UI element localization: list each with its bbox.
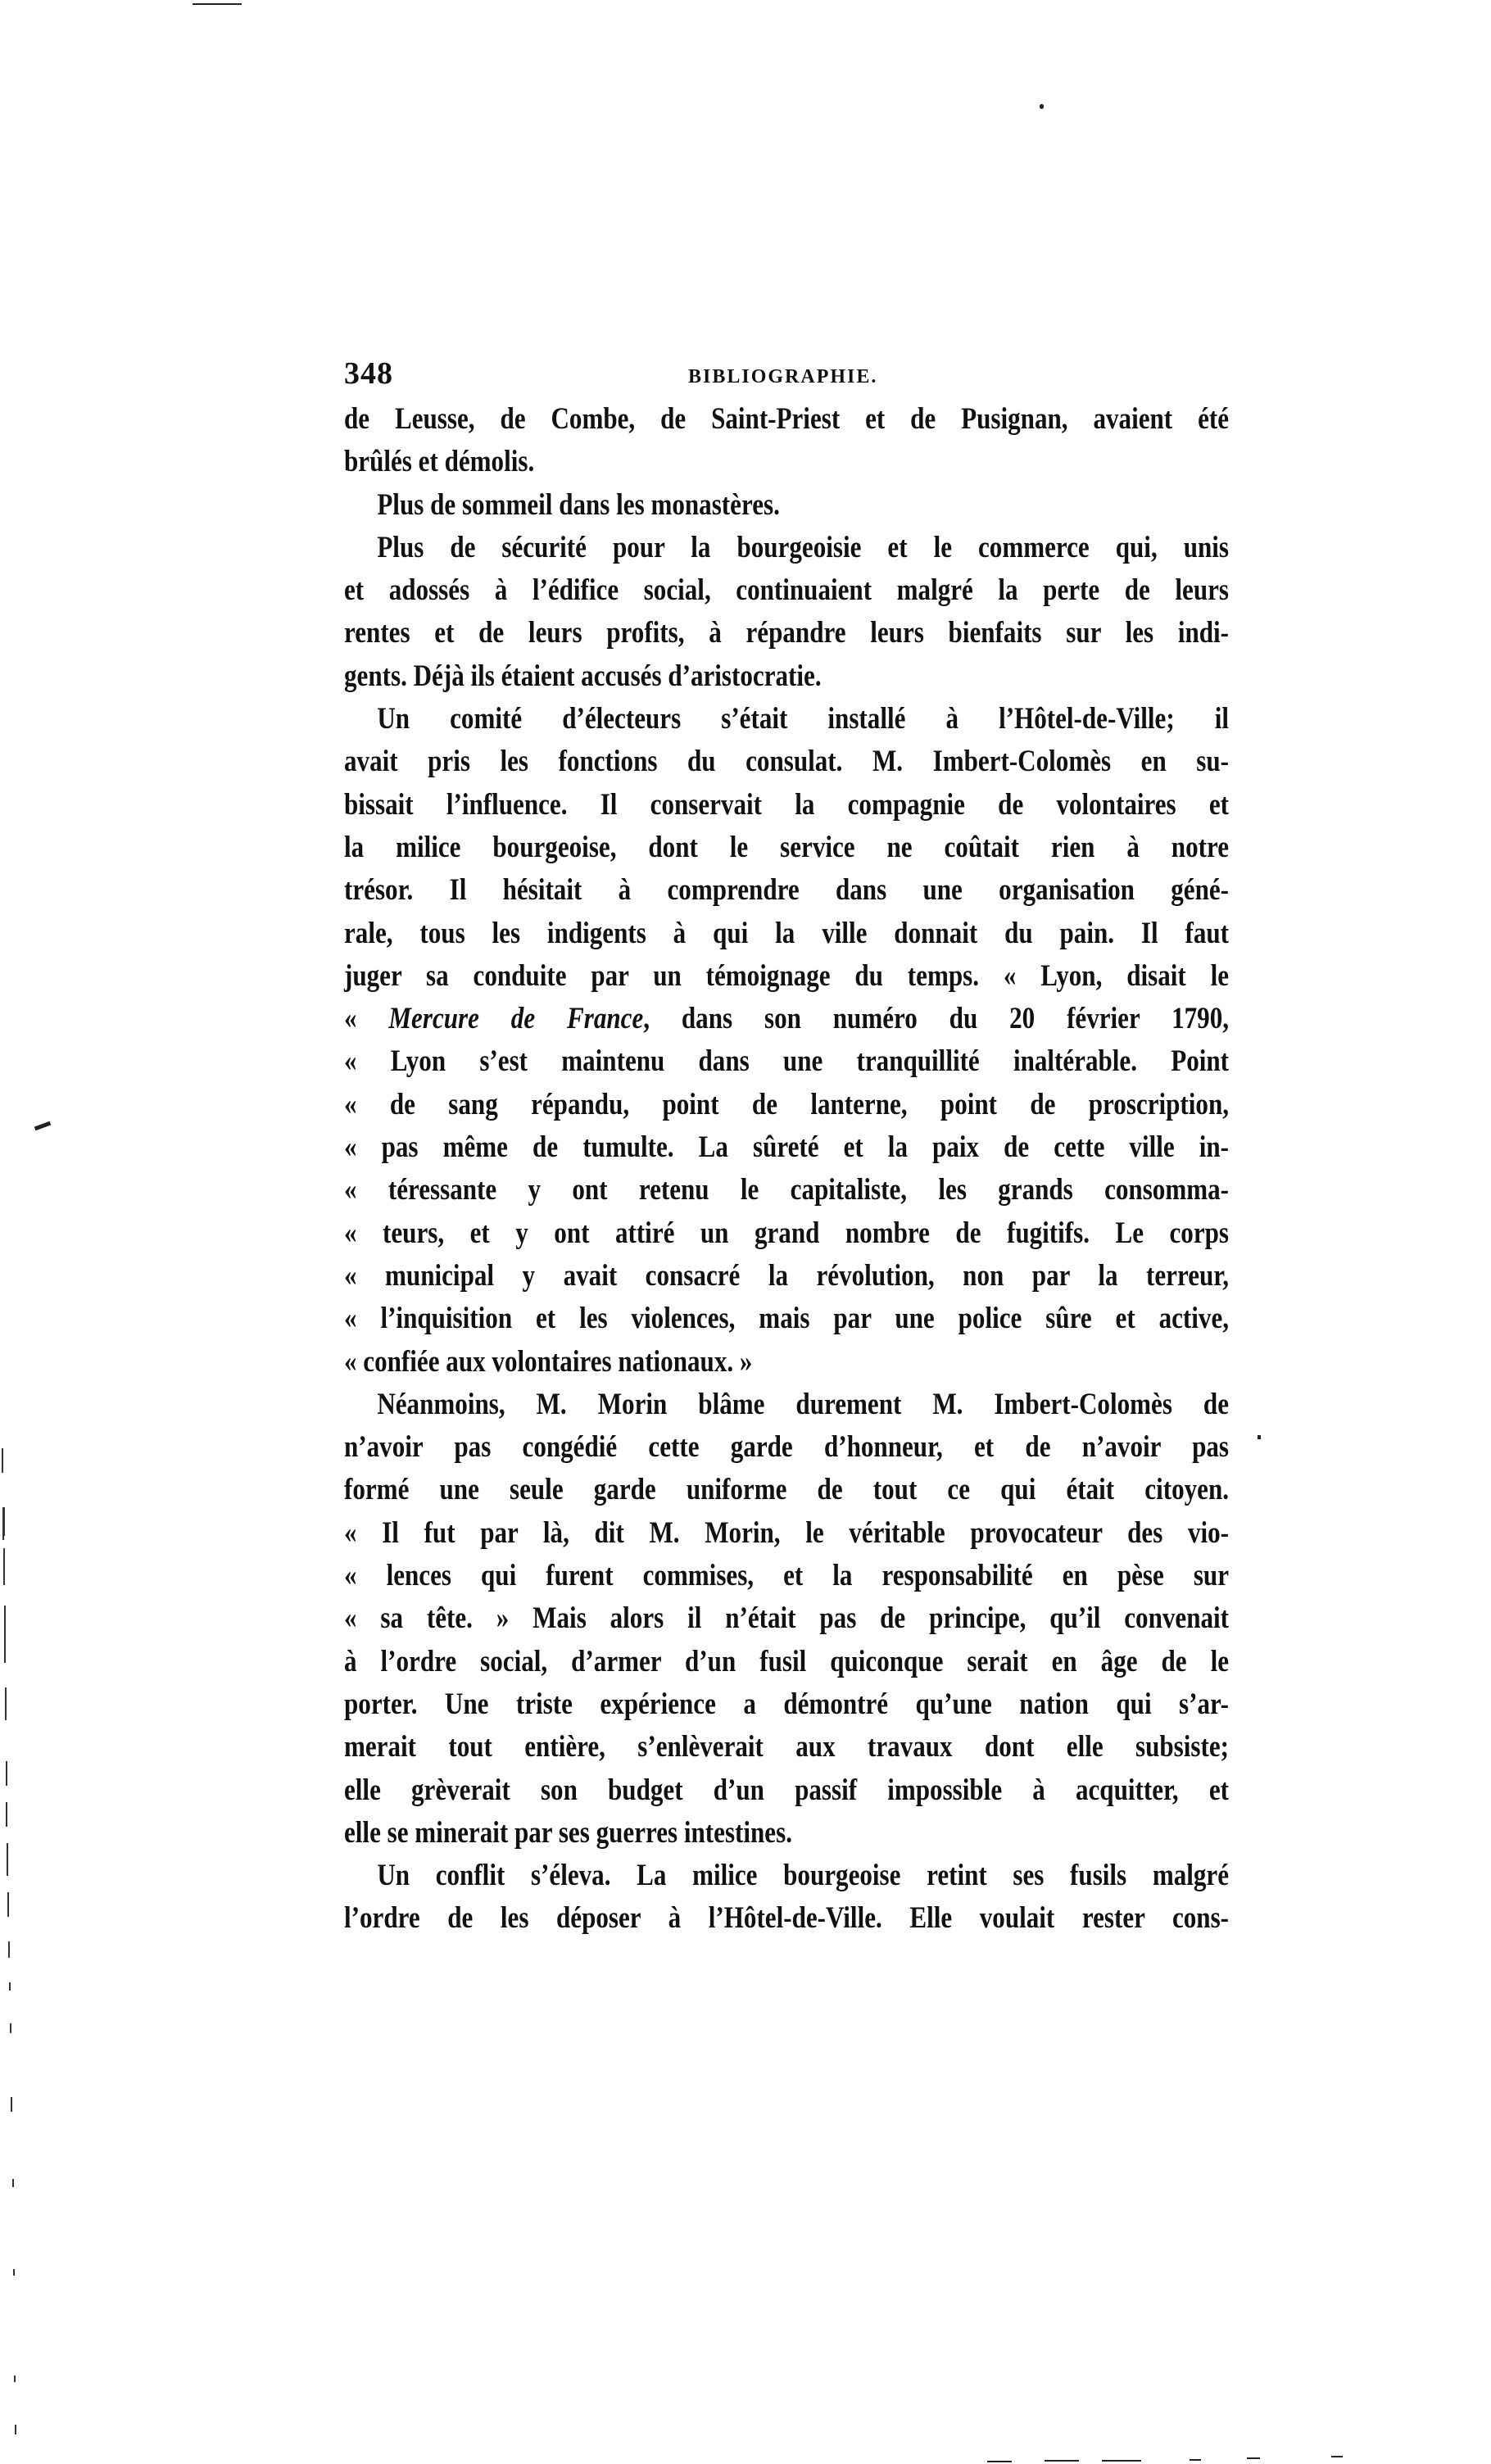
text-line: n’avoir pas congédié cette garde d’honne… <box>344 1426 1229 1469</box>
binding-edge-mark <box>6 1802 7 1827</box>
text-line: trésor. Il hésitait à comprendre dans un… <box>344 869 1229 912</box>
scan-mark-bottom <box>987 2461 1012 2462</box>
italic-title: Mercure de France <box>388 1002 643 1035</box>
text-line: avait pris les fonctions du consulat. M.… <box>344 741 1229 783</box>
text-line: « municipal y avait consacré la révoluti… <box>344 1255 1229 1298</box>
scan-mark-bottom <box>1045 2460 1079 2462</box>
text-line: brûlés et démolis. <box>344 441 1229 483</box>
text-line: rale, tous les indigents à qui la ville … <box>344 913 1229 955</box>
margin-smudge <box>34 1121 52 1131</box>
binding-edge-mark <box>3 1507 5 1536</box>
text-line: « lences qui furent commises, et la resp… <box>344 1555 1229 1597</box>
scan-mark-bottom <box>1331 2456 1343 2457</box>
text-line: « Mercure de France, dans son numéro du … <box>344 998 1229 1040</box>
text-line: de Leusse, de Combe, de Saint-Priest et … <box>344 398 1229 441</box>
binding-edge-mark <box>12 2179 14 2187</box>
text-line: l’ordre de les déposer à l’Hôtel-de-Vill… <box>344 1897 1229 1940</box>
text-line: elle grèverait son budget d’un passif im… <box>344 1769 1229 1812</box>
binding-edge-mark <box>15 2425 16 2435</box>
running-header: 348 BIBLIOGRAPHIE. <box>344 354 1229 393</box>
text-segment: , dans son numéro du 20 février 1790, <box>643 1002 1229 1035</box>
binding-edge-mark <box>7 1843 8 1876</box>
binding-edge-mark <box>3 1548 5 1585</box>
scan-mark-top <box>193 3 242 5</box>
text-line: Néanmoins, M. Morin blâme durement M. Im… <box>344 1384 1229 1426</box>
text-line: merait tout entière, s’enlèverait aux tr… <box>344 1726 1229 1769</box>
text-line: Plus de sécurité pour la bourgeoisie et … <box>344 527 1229 569</box>
text-line: « Lyon s’est maintenu dans une tranquill… <box>344 1040 1229 1083</box>
text-line: elle se minerait par ses guerres intesti… <box>344 1812 1229 1855</box>
text-line: « téressante y ont retenu le capitaliste… <box>344 1169 1229 1212</box>
text-line: « confiée aux volontaires nationaux. » <box>344 1341 1229 1384</box>
page-number: 348 <box>344 354 393 393</box>
binding-edge-mark <box>5 1687 7 1720</box>
binding-edge-mark <box>2 1448 3 1473</box>
text-line: formé une seule garde uniforme de tout c… <box>344 1469 1229 1511</box>
scan-mark-bottom <box>1102 2460 1141 2462</box>
binding-edge-mark <box>14 2376 16 2382</box>
text-line: rentes et de leurs profits, à répandre l… <box>344 612 1229 654</box>
scan-mark-bottom <box>1190 2459 1201 2461</box>
text-line: Plus de sommeil dans les monastères. <box>344 484 1229 527</box>
scan-mark-bottom <box>1247 2457 1260 2459</box>
text-segment: « <box>344 1002 388 1035</box>
binding-edge-mark <box>9 1982 11 1991</box>
text-line: « pas même de tumulte. La sûreté et la p… <box>344 1126 1229 1169</box>
text-line: « Il fut par là, dit M. Morin, le vérita… <box>344 1512 1229 1555</box>
text-line: à l’ordre social, d’armer d’un fusil qui… <box>344 1641 1229 1683</box>
scanned-book-page: 348 BIBLIOGRAPHIE. de Leusse, de Combe, … <box>0 0 1491 2464</box>
binding-edge-mark <box>13 2269 15 2276</box>
text-line: la milice bourgeoise, dont le service ne… <box>344 827 1229 869</box>
body-text: de Leusse, de Combe, de Saint-Priest et … <box>344 398 1229 1941</box>
text-line: bissait l’influence. Il conservait la co… <box>344 784 1229 827</box>
running-title: BIBLIOGRAPHIE. <box>688 357 877 396</box>
binding-edge-mark <box>11 2097 12 2112</box>
binding-edge-mark <box>4 1606 6 1663</box>
scan-dot <box>1040 104 1044 109</box>
binding-edge-mark <box>8 1941 10 1958</box>
text-line: juger sa conduite par un témoignage du t… <box>344 955 1229 998</box>
text-line: « l’inquisition et les violences, mais p… <box>344 1298 1229 1340</box>
binding-edge-mark <box>6 1761 7 1786</box>
text-line: « de sang répandu, point de lanterne, po… <box>344 1084 1229 1126</box>
text-line: gents. Déjà ils étaient accusés d’aristo… <box>344 655 1229 698</box>
text-line: « sa tête. » Mais alors il n’était pas d… <box>344 1597 1229 1640</box>
text-line: et adossés à l’édifice social, continuai… <box>344 569 1229 612</box>
margin-dot <box>1258 1435 1261 1439</box>
text-line: Un comité d’électeurs s’était installé à… <box>344 698 1229 741</box>
text-line: « teurs, et y ont attiré un grand nombre… <box>344 1212 1229 1255</box>
binding-edge-mark <box>7 1892 9 1917</box>
binding-edge-mark <box>10 2023 11 2033</box>
text-line: porter. Une triste expérience a démontré… <box>344 1683 1229 1726</box>
text-line: Un conflit s’éleva. La milice bourgeoise… <box>344 1855 1229 1897</box>
